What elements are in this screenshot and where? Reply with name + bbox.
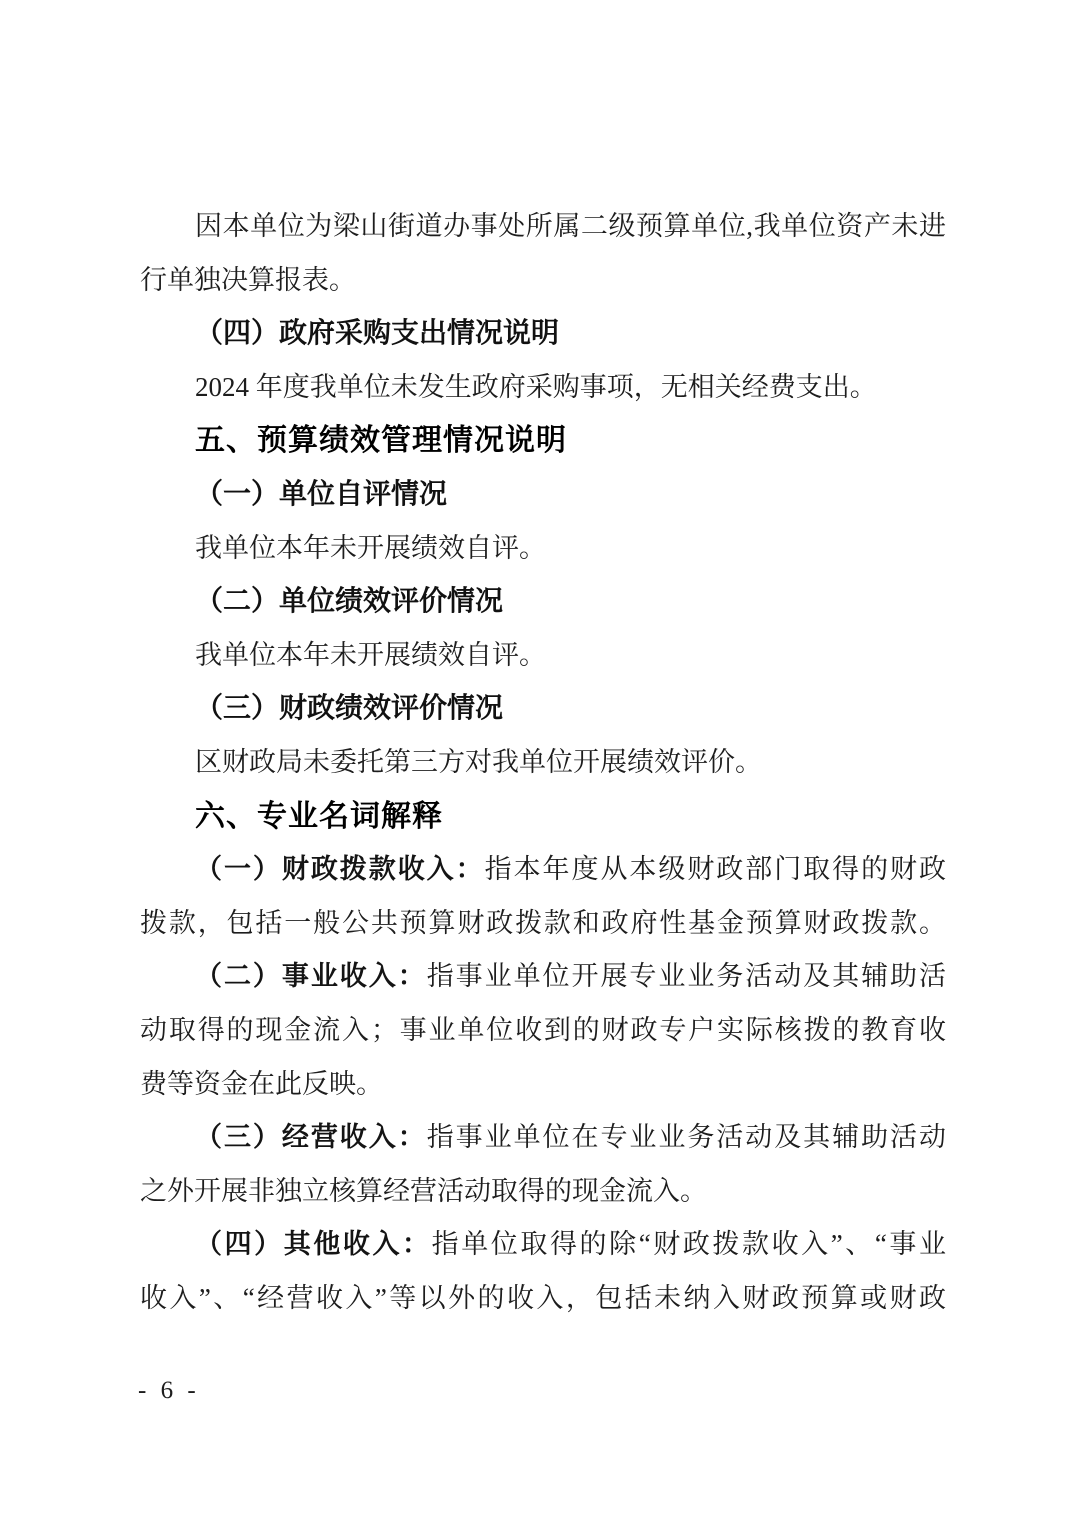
subsection-heading: （一）单位自评情况 <box>140 468 946 522</box>
body-line: 动取得的现金流入；事业单位收到的财政专户实际核拨的教育收 <box>140 1004 946 1058</box>
body-line: 区财政局未委托第三方对我单位开展绩效评价。 <box>140 736 946 790</box>
body-line: 拨款，包括一般公共预算财政拨款和政府性基金预算财政拨款。 <box>140 897 946 951</box>
term-definition: 指事业单位开展专业业务活动及其辅助活 <box>427 961 946 991</box>
body-line: 收入”、“经营收入”等以外的收入，包括未纳入财政预算或财政 <box>140 1272 946 1326</box>
page-number: - 6 - <box>138 1364 200 1417</box>
term-definition-line: （三）经营收入：指事业单位在专业业务活动及其辅助活动 <box>140 1111 946 1165</box>
section-heading: 六、专业名词解释 <box>140 790 946 844</box>
document-body: 因本单位为梁山街道办事处所属二级预算单位,我单位资产未进 行单独决算报表。 （四… <box>140 200 946 1325</box>
term-definition: 指单位取得的除“财政拨款收入”、“事业 <box>432 1229 946 1259</box>
body-line: 之外开展非独立核算经营活动取得的现金流入。 <box>140 1165 946 1219</box>
subsection-heading: （二）单位绩效评价情况 <box>140 575 946 629</box>
term-definition: 指本年度从本级财政部门取得的财政 <box>485 854 946 884</box>
term-name: （一）财政拨款收入： <box>195 854 485 884</box>
body-line: 因本单位为梁山街道办事处所属二级预算单位,我单位资产未进 <box>140 200 946 254</box>
body-line: 我单位本年未开展绩效自评。 <box>140 522 946 576</box>
document-page: 因本单位为梁山街道办事处所属二级预算单位,我单位资产未进 行单独决算报表。 （四… <box>0 0 1075 1520</box>
term-name: （四）其他收入： <box>195 1229 432 1259</box>
subsection-heading: （四）政府采购支出情况说明 <box>140 307 946 361</box>
term-definition: 指事业单位在专业业务活动及其辅助活动 <box>427 1122 946 1152</box>
body-line: 我单位本年未开展绩效自评。 <box>140 629 946 683</box>
body-line: 2024 年度我单位未发生政府采购事项，无相关经费支出。 <box>140 361 946 415</box>
body-line: 行单独决算报表。 <box>140 254 946 308</box>
term-name: （二）事业收入： <box>195 961 427 991</box>
term-definition-line: （二）事业收入：指事业单位开展专业业务活动及其辅助活 <box>140 950 946 1004</box>
term-name: （三）经营收入： <box>195 1122 427 1152</box>
subsection-heading: （三）财政绩效评价情况 <box>140 682 946 736</box>
section-heading: 五、预算绩效管理情况说明 <box>140 414 946 468</box>
term-definition-line: （四）其他收入：指单位取得的除“财政拨款收入”、“事业 <box>140 1218 946 1272</box>
body-line: 费等资金在此反映。 <box>140 1058 946 1112</box>
term-definition-line: （一）财政拨款收入：指本年度从本级财政部门取得的财政 <box>140 843 946 897</box>
